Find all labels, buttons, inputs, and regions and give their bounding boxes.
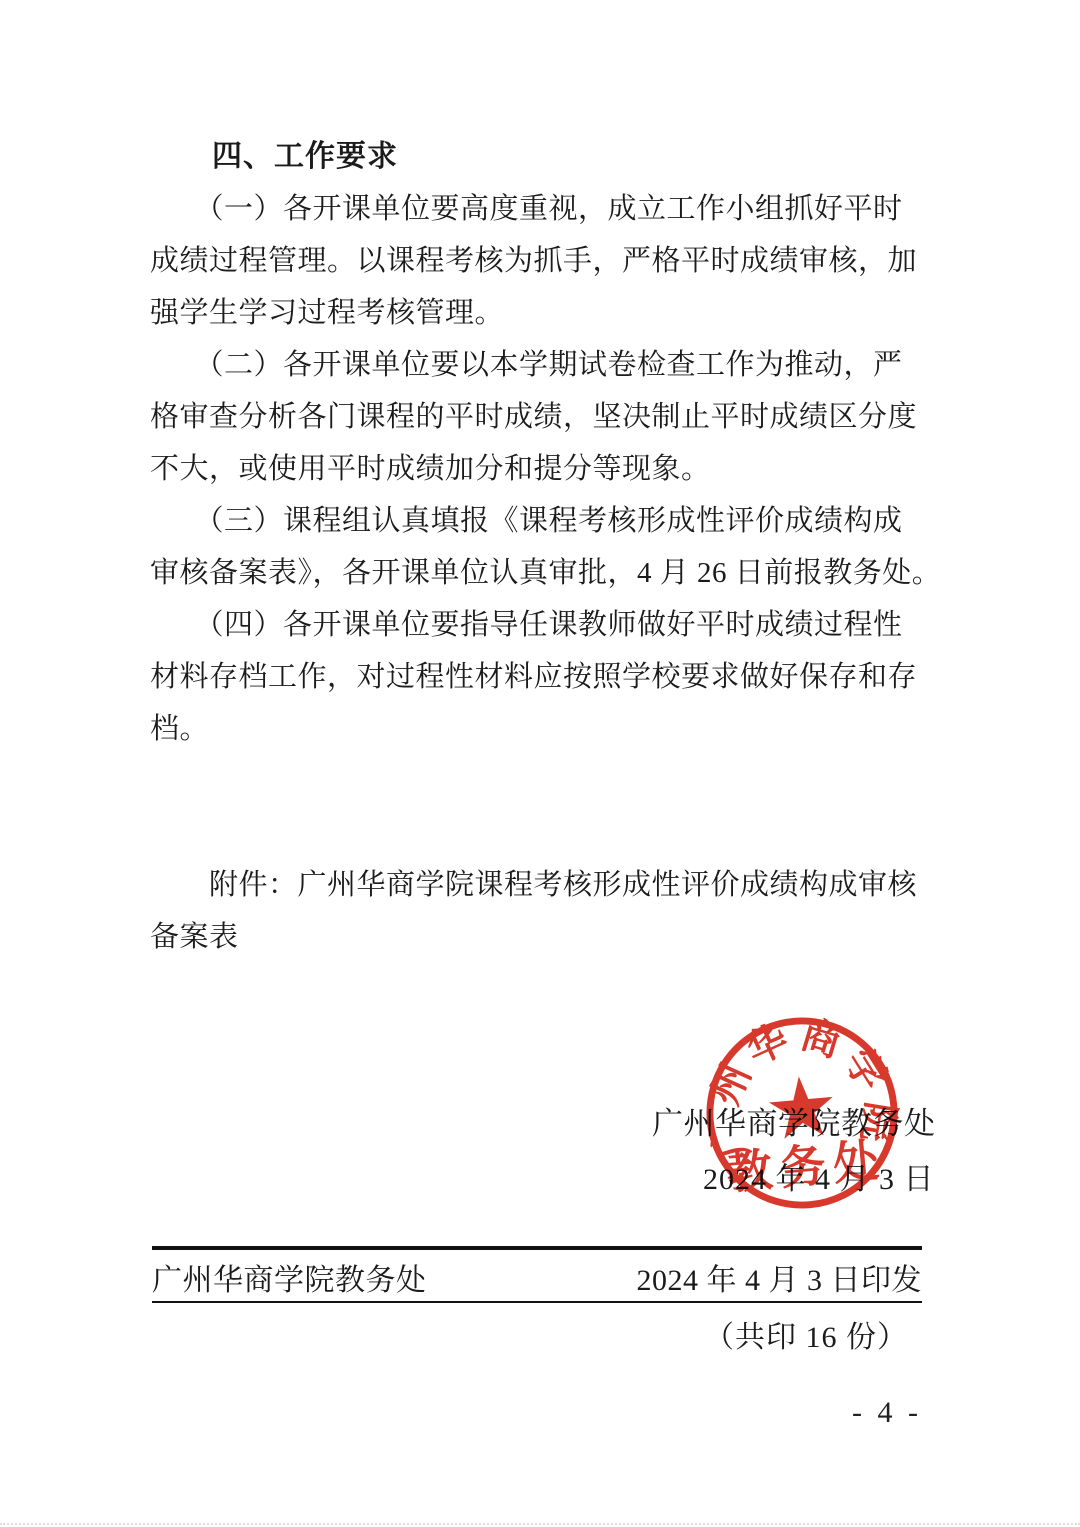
star-icon xyxy=(767,1074,836,1140)
section-heading: 四、工作要求 xyxy=(150,131,956,183)
attachment-note: 附件：广州华商学院课程考核形成性评价成绩构成审核 备案表 xyxy=(150,859,956,963)
copies-note: （共印 16 份） xyxy=(704,1312,908,1356)
official-seal: 广州华商学院 教务处 xyxy=(703,1014,901,1212)
footer-print-info: 2024 年 4 月 3 日印发 xyxy=(637,1255,923,1299)
footer-issuer: 广州华商学院教务处 xyxy=(152,1255,427,1299)
document-body: 四、工作要求 （一）各开课单位要高度重视，成立工作小组抓好平时 成绩过程管理。以… xyxy=(150,131,956,963)
footer-rule-thick xyxy=(152,1246,922,1250)
paragraph-1: （一）各开课单位要高度重视，成立工作小组抓好平时 成绩过程管理。以课程考核为抓手… xyxy=(150,183,956,339)
scan-artifact-line xyxy=(0,1523,1080,1525)
paragraph-4: （四）各开课单位要指导任课教师做好平时成绩过程性 材料存档工作，对过程性材料应按… xyxy=(150,599,956,755)
document-page: 四、工作要求 （一）各开课单位要高度重视，成立工作小组抓好平时 成绩过程管理。以… xyxy=(0,0,1080,1527)
paragraph-2: （二）各开课单位要以本学期试卷检查工作为推动，严 格审查分析各门课程的平时成绩，… xyxy=(150,339,956,495)
footer-row: 广州华商学院教务处 2024 年 4 月 3 日印发 xyxy=(152,1255,922,1299)
paragraph-3: （三）课程组认真填报《课程考核形成性评价成绩构成 审核备案表》，各开课单位认真审… xyxy=(150,495,956,599)
footer-rule-thin xyxy=(152,1301,922,1303)
seal-graphic: 广州华商学院 教务处 xyxy=(703,1014,901,1212)
page-number: - 4 - xyxy=(852,1396,922,1430)
